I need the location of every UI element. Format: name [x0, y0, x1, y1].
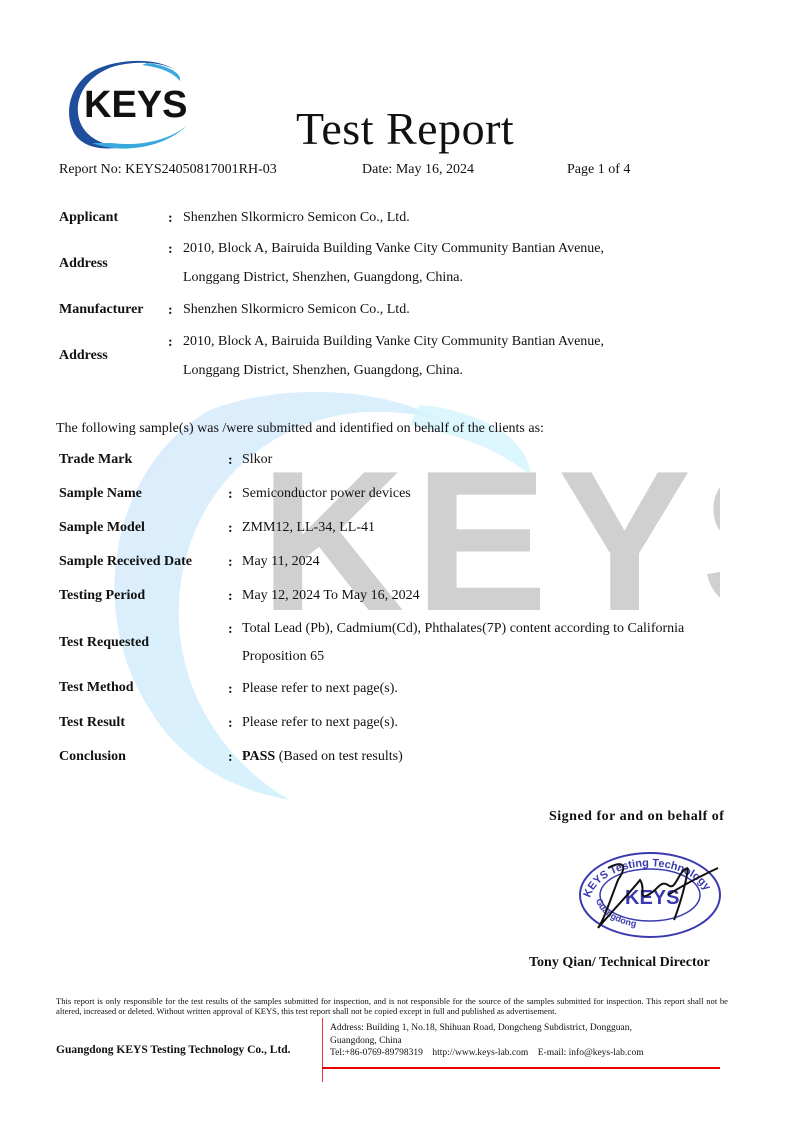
applicant-value: Shenzhen Slkormicro Semicon Co., Ltd. [183, 210, 410, 226]
testing-period-value: May 12, 2024 To May 16, 2024 [242, 588, 420, 604]
field-label: Address [59, 256, 108, 272]
conclusion-note: (Based on test results) [275, 749, 403, 764]
received-date-value: May 11, 2024 [242, 554, 320, 570]
colon: : [168, 303, 173, 319]
colon: : [228, 487, 233, 503]
colon: : [228, 682, 233, 698]
company-stamp: KEYS Testing Technology Guangdong KEYS [568, 840, 728, 940]
signed-for-label: Signed for and on behalf of [549, 809, 724, 825]
field-label: Test Requested [59, 635, 149, 651]
field-label: Trade Mark [59, 452, 132, 468]
test-result-value: Please refer to next page(s). [242, 715, 398, 731]
signer-name: Tony Qian/ Technical Director [529, 955, 710, 971]
footer-address: Address: Building 1, No.18, Shihuan Road… [330, 1022, 644, 1060]
field-label: Test Result [59, 715, 125, 731]
test-requested-value: Total Lead (Pb), Cadmium(Cd), Phthalates… [242, 621, 684, 637]
field-label: Conclusion [59, 749, 126, 765]
address-line: Longgang District, Shenzhen, Guangdong, … [183, 270, 463, 286]
page-number: Page 1 of 4 [567, 162, 630, 178]
footer-company-name: Guangdong KEYS Testing Technology Co., L… [56, 1044, 291, 1056]
test-requested-value: Proposition 65 [242, 649, 324, 665]
sample-name-value: Semiconductor power devices [242, 486, 411, 502]
colon: : [228, 555, 233, 571]
address-line: 2010, Block A, Bairuida Building Vanke C… [183, 241, 604, 257]
intro-text: The following sample(s) was /were submit… [56, 421, 544, 437]
manufacturer-value: Shenzhen Slkormicro Semicon Co., Ltd. [183, 302, 410, 318]
address-line: Longgang District, Shenzhen, Guangdong, … [183, 363, 463, 379]
address-line-2: Guangdong, China [330, 1035, 644, 1048]
address-line: 2010, Block A, Bairuida Building Vanke C… [183, 334, 604, 350]
field-label: Test Method [59, 680, 134, 696]
test-method-value: Please refer to next page(s). [242, 681, 398, 697]
field-label: Testing Period [59, 588, 145, 604]
disclaimer-text: This report is only responsible for the … [56, 996, 728, 1016]
colon: : [228, 521, 233, 537]
report-number: Report No: KEYS24050817001RH-03 [59, 162, 277, 178]
keys-logo: KEYS [62, 55, 202, 155]
pass-status: PASS [242, 749, 275, 764]
colon: : [228, 453, 233, 469]
trade-mark-value: Slkor [242, 452, 272, 468]
colon: : [228, 622, 233, 638]
svg-text:KEYS: KEYS [260, 430, 720, 653]
svg-text:KEYS: KEYS [625, 887, 679, 909]
field-label: Sample Model [59, 520, 145, 536]
svg-text:KEYS: KEYS [84, 84, 187, 126]
page-title: Test Report [296, 106, 514, 152]
colon: : [168, 335, 173, 351]
field-label: Sample Name [59, 486, 142, 502]
colon: : [228, 716, 233, 732]
address-line-1: Address: Building 1, No.18, Shihuan Road… [330, 1022, 644, 1035]
colon: : [228, 750, 233, 766]
colon: : [168, 242, 173, 258]
footer-vertical-divider [322, 1018, 323, 1082]
field-label: Address [59, 348, 108, 364]
contact-line: Tel:+86-0769-89798319 http://www.keys-la… [330, 1047, 644, 1060]
field-label: Sample Received Date [59, 554, 192, 570]
colon: : [168, 211, 173, 227]
footer-red-rule [322, 1067, 720, 1069]
conclusion-value: PASS (Based on test results) [242, 749, 403, 765]
field-label: Manufacturer [59, 302, 144, 318]
field-label: Applicant [59, 210, 118, 226]
colon: : [228, 589, 233, 605]
sample-model-value: ZMM12, LL-34, LL-41 [242, 520, 375, 536]
report-date: Date: May 16, 2024 [362, 162, 474, 178]
